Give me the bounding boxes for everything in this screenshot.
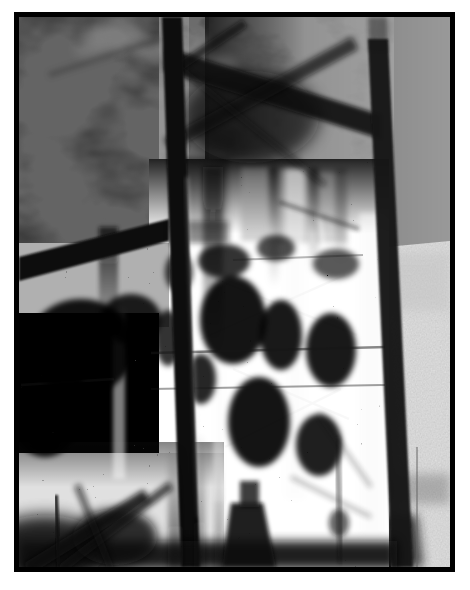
photo-canvas [19, 17, 450, 567]
framed-photograph [14, 12, 455, 572]
